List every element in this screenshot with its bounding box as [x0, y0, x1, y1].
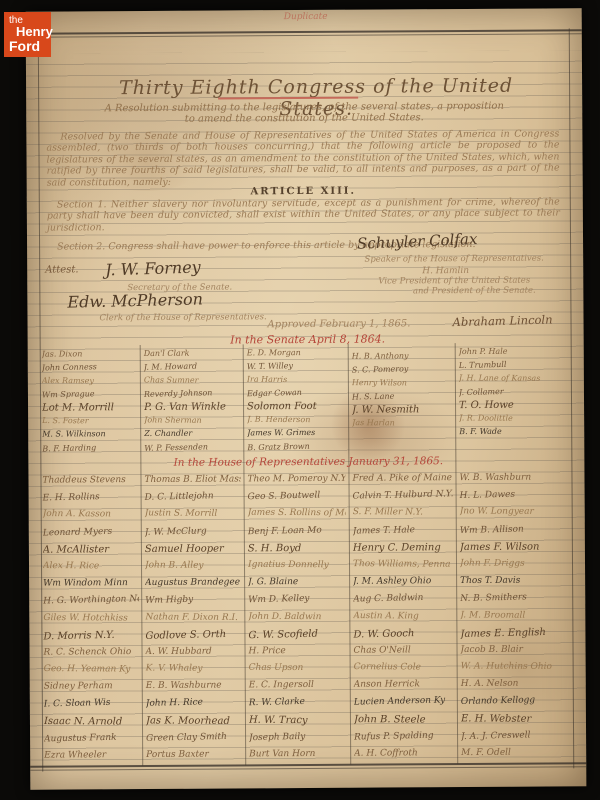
- signature: Wm Windom Minn: [43, 575, 139, 593]
- signature: John Sherman: [144, 413, 240, 427]
- senate-column-4: H. B. AnthonyS. C. PomeroyHenry WilsonH.…: [352, 349, 453, 456]
- signature: E. B. Washburne: [146, 678, 242, 696]
- signature: James S. Rollins of Mo: [248, 505, 346, 523]
- senate-column-1: Jas. DixonJohn ConnessAlex RamseyWm Spra…: [42, 347, 139, 458]
- signature: Augustus Frank: [44, 729, 140, 748]
- signature: Wm Higby: [145, 591, 241, 610]
- signature: H. G. Worthington Nevada: [43, 591, 139, 610]
- signature: A. McAllister: [43, 541, 139, 559]
- signature: J. Collamer: [459, 384, 569, 400]
- signature: John Conness: [42, 360, 138, 376]
- signature: J. A. J. Creswell: [461, 726, 571, 746]
- signature: D. Morris N.Y.: [43, 626, 139, 645]
- red-top-annotation: Duplicate: [226, 12, 386, 23]
- signature: John H. Rice: [146, 694, 242, 713]
- signature: Z. Chandler: [144, 427, 240, 441]
- signature: J. M. Howard: [144, 359, 240, 375]
- signature: Joseph Baily: [249, 728, 347, 747]
- signature: Geo. H. Yeaman Ky: [44, 661, 140, 679]
- signature: A. H. Coffroth: [354, 745, 454, 763]
- signature: H. S. Lane: [352, 388, 452, 404]
- house-section-header: In the House of Representatives January …: [138, 455, 478, 469]
- photograph-of-document: the Henry Ford Duplicate Thirty Eighth C…: [0, 0, 600, 800]
- signature: J. B. Henderson: [247, 413, 345, 427]
- signature: James E. English: [460, 623, 570, 643]
- approval-note: Approved February 1, 1865.: [268, 318, 411, 330]
- signature: J. R. Doolittle: [459, 411, 569, 425]
- signature: Wm B. Allison: [460, 520, 570, 540]
- signature: H. Price: [248, 643, 346, 661]
- signature: Alex H. Rice: [43, 558, 139, 576]
- signature: Leonard Myers: [43, 523, 139, 542]
- senate-secretary-signature: J. W. Forney: [105, 257, 201, 279]
- signature: S. H. Boyd: [248, 540, 346, 558]
- logo-text-ford: Ford: [9, 39, 40, 53]
- signature: Chas O'Neill: [353, 642, 453, 660]
- signature: Thos Williams, Penna: [353, 556, 453, 574]
- signature: John D. Baldwin: [248, 608, 346, 626]
- signature: Orlando Kellogg: [461, 692, 571, 712]
- signature: Anson Herrick: [354, 676, 454, 694]
- signature: W. A. Hutchins Ohio: [461, 658, 571, 676]
- signature: A. W. Hubbard: [145, 643, 241, 661]
- signature: John B. Steele: [354, 711, 454, 729]
- signature: James F. Wilson: [460, 538, 570, 556]
- signature: B. F. Wade: [459, 425, 569, 439]
- section-1-text: Section 1. Neither slavery nor involunta…: [47, 196, 560, 233]
- speaker-title: Speaker of the House of Representatives.: [354, 253, 554, 264]
- signature: Geo S. Boutwell: [247, 487, 345, 506]
- signature: M. S. Wilkinson: [42, 427, 138, 441]
- signature: Ezra Wheeler: [44, 747, 140, 765]
- signature: S. F. Miller N.Y.: [353, 504, 453, 522]
- signature: John B. Alley: [145, 557, 241, 575]
- signature: John A. Kasson: [43, 506, 139, 524]
- logo-text-henry: Henry: [16, 25, 53, 38]
- signature: W. P. Fessenden: [144, 439, 240, 455]
- signature: Justin S. Morrill: [145, 506, 241, 524]
- henry-ford-logo: the Henry Ford: [4, 12, 51, 57]
- signature: John F. Driggs: [460, 555, 570, 573]
- signature: J. W. Nesmith: [352, 403, 452, 417]
- signature: E. H. Webster: [461, 710, 571, 728]
- signature: Fred A. Pike of Maine: [352, 470, 452, 488]
- house-clerk-title: Clerk of the House of Representatives.: [99, 312, 266, 323]
- senate-column-2: Dan'l ClarkJ. M. HowardChas SumnerReverd…: [144, 346, 241, 457]
- signature: Jas Harlan: [352, 416, 452, 430]
- signature: D. W. Gooch: [353, 624, 453, 644]
- signature: T. O. Howe: [459, 398, 569, 412]
- signature: Jacob B. Blair: [460, 641, 570, 659]
- signature: B. F. Harding: [42, 440, 138, 456]
- house-column-1: Thaddeus StevensE. H. RollinsJohn A. Kas…: [42, 472, 140, 766]
- signature: J. M. Broomall: [460, 607, 570, 625]
- signature: B. Gratz Brown: [247, 439, 345, 455]
- signature: Samuel Hooper: [145, 540, 241, 558]
- resolved-clause: Resolved by the Senate and House of Repr…: [46, 128, 559, 188]
- signature: Calvin T. Hulburd N.Y.: [352, 486, 452, 506]
- signature: Wm D. Kelley: [248, 590, 346, 609]
- signature: G. W. Scofield: [248, 625, 346, 644]
- signature: J. W. McClurg: [145, 522, 241, 541]
- house-column-4: Fred A. Pike of MaineCalvin T. Hulburd N…: [352, 470, 454, 764]
- signature: Wm Sprague: [42, 386, 138, 402]
- signature: Cornelius Cole: [354, 659, 454, 677]
- signature: J. G. Blaine: [248, 574, 346, 592]
- signature: Isaac N. Arnold: [44, 713, 140, 731]
- signature: M. F. Odell: [461, 744, 571, 762]
- signature: Austin A. King: [353, 608, 453, 626]
- signature: Augustus Brandegee: [145, 575, 241, 593]
- signature: E. H. Rollins: [42, 488, 138, 507]
- signature: K. V. Whaley: [146, 660, 242, 678]
- signature: James T. Hale: [353, 521, 453, 541]
- signature: W. B. Washburn: [459, 469, 569, 487]
- signature: S. C. Pomeroy: [352, 362, 452, 378]
- senate-column-3: E. D. MorganW. T. WilleyIra HarrisEdgar …: [247, 346, 346, 457]
- house-column-3: Theo M. Pomeroy N.Y.Geo S. BoutwellJames…: [247, 471, 347, 765]
- signature: Burt Van Horn: [249, 746, 347, 764]
- signature: J. M. Ashley Ohio: [353, 573, 453, 591]
- vice-president-title-line2: and President of the Senate.: [374, 285, 574, 296]
- signature: Solomon Foot: [247, 399, 345, 413]
- signature: W. T. Willey: [247, 358, 345, 374]
- signature: Benj F. Loan Mo: [248, 521, 346, 540]
- signature: Thomas B. Eliot Mass.: [144, 471, 240, 489]
- house-column-2: Thomas B. Eliot Mass.D. C. LittlejohnJus…: [144, 471, 242, 765]
- attest-label: Attest.: [45, 264, 78, 275]
- signature: Reverdy Johnson: [144, 386, 240, 402]
- signature: Green Clay Smith: [146, 728, 242, 747]
- signature: P. G. Van Winkle: [144, 400, 240, 414]
- signature: L. S. Foster: [42, 414, 138, 428]
- signature: N. B. Smithers: [460, 589, 570, 609]
- signature: R. W. Clarke: [249, 693, 347, 712]
- signature: Jas K. Moorhead: [146, 712, 242, 730]
- vice-president-signature: H. Hamlin: [422, 266, 469, 276]
- lincoln-signature: Abraham Lincoln: [452, 312, 552, 329]
- signature: H. L. Dawes: [459, 486, 569, 506]
- signature: Thos T. Davis: [460, 573, 570, 591]
- signature: Edgar Cowan: [247, 385, 345, 401]
- signature: James W. Grimes: [247, 426, 345, 440]
- signature: E. C. Ingersoll: [249, 677, 347, 695]
- manuscript-page: Duplicate Thirty Eighth Congress of the …: [26, 8, 587, 789]
- signature: D. C. Littlejohn: [144, 488, 240, 507]
- house-clerk-signature: Edw. McPherson: [67, 289, 203, 311]
- signature: Theo M. Pomeroy N.Y.: [247, 471, 345, 489]
- signature: Rufus P. Spalding: [354, 727, 454, 747]
- signature: Ignatius Donnelly: [248, 557, 346, 575]
- signature: Giles W. Hotchkiss: [43, 610, 139, 628]
- signature: I. C. Sloan Wis: [44, 695, 140, 714]
- signature: Portus Baxter: [146, 746, 242, 764]
- signature: Aug C. Baldwin: [353, 590, 453, 610]
- signature: Nathan F. Dixon R.I.: [145, 609, 241, 627]
- signature: H. W. Tracy: [249, 711, 347, 729]
- signature: Lot M. Morrill: [42, 401, 138, 415]
- senate-column-5: John P. HaleL. TrumbullJ. H. Lane of Kan…: [459, 344, 570, 455]
- signature: Thaddeus Stevens: [42, 472, 138, 490]
- signature: Henry C. Deming: [353, 539, 453, 557]
- signature: Godlove S. Orth: [145, 625, 241, 644]
- house-column-5: W. B. WashburnH. L. DawesJno W. Longyear…: [459, 469, 571, 763]
- senate-section-header: In the Senate April 8, 1864.: [148, 332, 468, 347]
- signature: L. Trumbull: [459, 357, 569, 373]
- signature: Sidney Perham: [44, 678, 140, 696]
- signature: Chas Upson: [249, 660, 347, 678]
- signature: Jno W. Longyear: [460, 504, 570, 522]
- signature: R. C. Schenck Ohio: [43, 644, 139, 662]
- signature: Lucien Anderson Ky: [354, 693, 454, 713]
